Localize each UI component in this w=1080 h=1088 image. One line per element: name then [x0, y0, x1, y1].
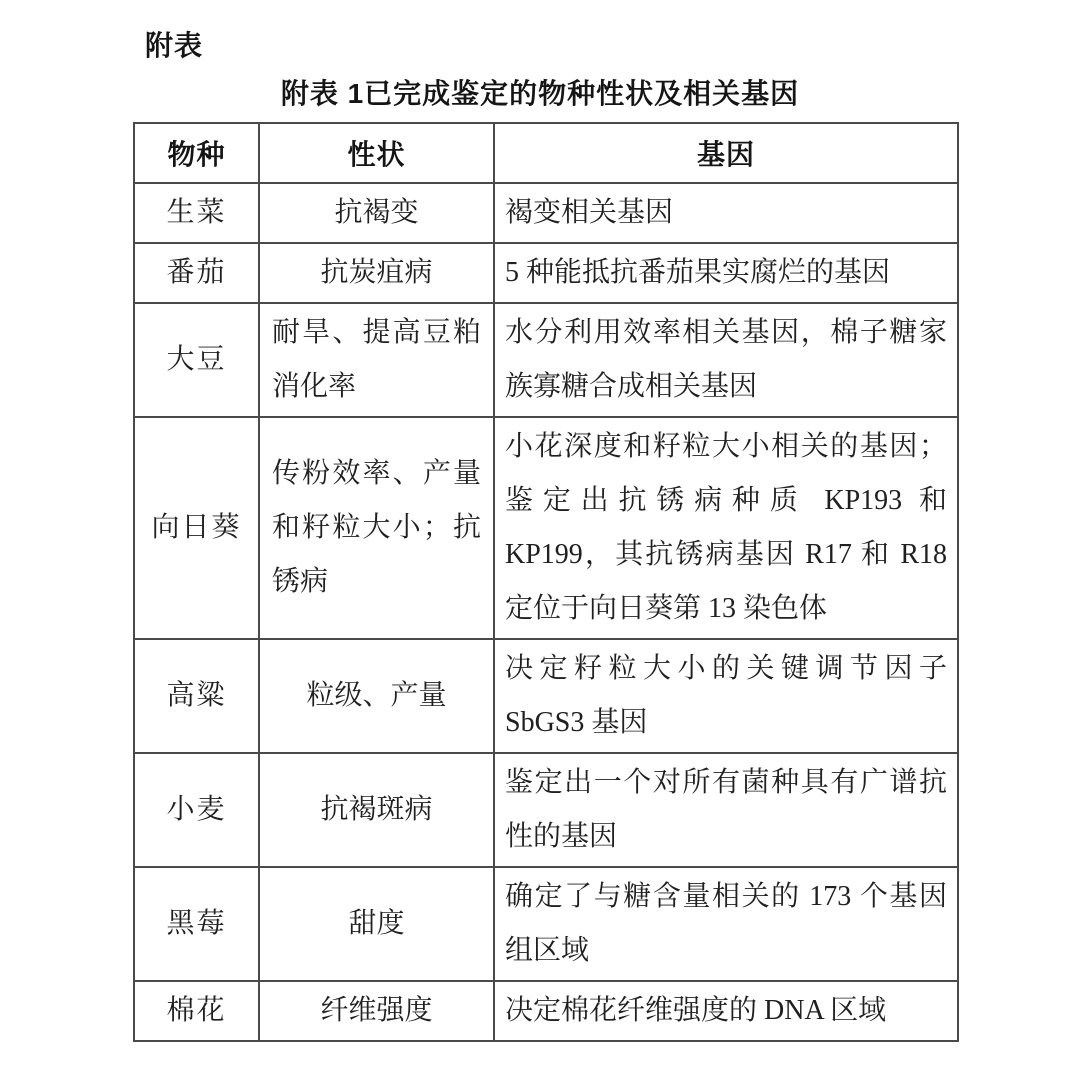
- trait-cell: 抗褐变: [259, 183, 494, 243]
- trait-cell: 纤维强度: [259, 981, 494, 1041]
- table-body: 生菜抗褐变褐变相关基因番茄抗炭疽病5 种能抵抗番茄果实腐烂的基因大豆耐旱、提高豆…: [134, 183, 958, 1041]
- table-row: 小麦抗褐斑病鉴定出一个对所有菌种具有广谱抗性的基因: [134, 753, 958, 867]
- gene-cell: 水分利用效率相关基因，棉子糖家族寡糖合成相关基因: [494, 303, 958, 417]
- gene-cell: 决定籽粒大小的关键调节因子 SbGS3 基因: [494, 639, 958, 753]
- species-cell: 棉花: [134, 981, 259, 1041]
- gene-cell: 鉴定出一个对所有菌种具有广谱抗性的基因: [494, 753, 958, 867]
- species-trait-gene-table: 物种 性状 基因 生菜抗褐变褐变相关基因番茄抗炭疽病5 种能抵抗番茄果实腐烂的基…: [133, 122, 959, 1042]
- trait-cell: 甜度: [259, 867, 494, 981]
- header-trait: 性状: [259, 123, 494, 183]
- species-cell: 番茄: [134, 243, 259, 303]
- table-row: 高粱粒级、产量决定籽粒大小的关键调节因子 SbGS3 基因: [134, 639, 958, 753]
- gene-cell: 决定棉花纤维强度的 DNA 区域: [494, 981, 958, 1041]
- gene-cell: 褐变相关基因: [494, 183, 958, 243]
- trait-cell: 耐旱、提高豆粕消化率: [259, 303, 494, 417]
- table-row: 棉花纤维强度决定棉花纤维强度的 DNA 区域: [134, 981, 958, 1041]
- table-title: 附表 1已完成鉴定的物种性状及相关基因: [0, 72, 1080, 112]
- header-row: 物种 性状 基因: [134, 123, 958, 183]
- gene-cell: 小花深度和籽粒大小相关的基因；鉴定出抗锈病种质 KP193 和 KP199，其抗…: [494, 417, 958, 639]
- trait-cell: 粒级、产量: [259, 639, 494, 753]
- table-row: 向日葵传粉效率、产量和籽粒大小；抗锈病小花深度和籽粒大小相关的基因；鉴定出抗锈病…: [134, 417, 958, 639]
- trait-cell: 传粉效率、产量和籽粒大小；抗锈病: [259, 417, 494, 639]
- species-cell: 黑莓: [134, 867, 259, 981]
- species-cell: 生菜: [134, 183, 259, 243]
- species-cell: 高粱: [134, 639, 259, 753]
- species-cell: 小麦: [134, 753, 259, 867]
- header-gene: 基因: [494, 123, 958, 183]
- table-row: 生菜抗褐变褐变相关基因: [134, 183, 958, 243]
- appendix-label: 附表: [145, 24, 203, 64]
- trait-cell: 抗褐斑病: [259, 753, 494, 867]
- gene-cell: 确定了与糖含量相关的 173 个基因组区域: [494, 867, 958, 981]
- header-species: 物种: [134, 123, 259, 183]
- table-row: 大豆耐旱、提高豆粕消化率水分利用效率相关基因，棉子糖家族寡糖合成相关基因: [134, 303, 958, 417]
- table-row: 番茄抗炭疽病5 种能抵抗番茄果实腐烂的基因: [134, 243, 958, 303]
- document-page: 附表 附表 1已完成鉴定的物种性状及相关基因 物种 性状 基因 生菜抗褐变褐变相…: [0, 0, 1080, 1088]
- species-cell: 大豆: [134, 303, 259, 417]
- trait-cell: 抗炭疽病: [259, 243, 494, 303]
- gene-cell: 5 种能抵抗番茄果实腐烂的基因: [494, 243, 958, 303]
- table-row: 黑莓甜度确定了与糖含量相关的 173 个基因组区域: [134, 867, 958, 981]
- species-cell: 向日葵: [134, 417, 259, 639]
